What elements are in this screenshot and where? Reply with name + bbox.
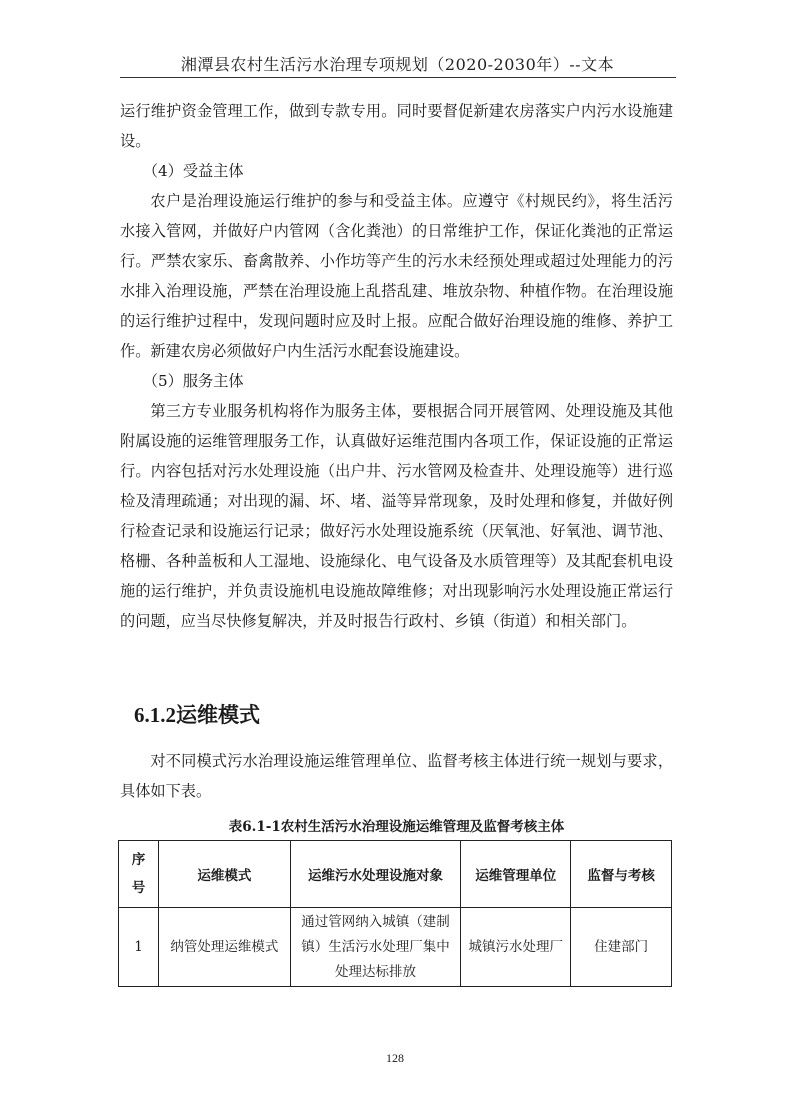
- cell-serial: 1: [119, 908, 159, 987]
- header-mode: 运维模式: [158, 841, 290, 908]
- header-supervision: 监督与考核: [571, 841, 672, 908]
- table-row: 1 纳管处理运维模式 通过管网纳入城镇（建制镇）生活污水处理厂集中处理达标排放 …: [119, 908, 672, 987]
- running-header-title: 湘潭县农村生活污水治理专项规划（2020-2030年）--文本: [120, 52, 675, 75]
- intro-paragraph: 对不同模式污水治理设施运维管理单位、监督考核主体进行统一规划与要求，具体如下表。: [120, 746, 673, 806]
- subheading-beneficiary: （4）受益主体: [120, 156, 673, 186]
- paragraph-service: 第三方专业服务机构将作为服务主体，要根据合同开展管网、处理设施及其他附属设施的运…: [120, 396, 673, 636]
- table-header-row: 序号 运维模式 运维污水处理设施对象 运维管理单位 监督与考核: [119, 841, 672, 908]
- section-heading: 6.1.2运维模式: [134, 699, 260, 729]
- header-facility-object: 运维污水处理设施对象: [290, 841, 461, 908]
- cell-mode: 纳管处理运维模式: [158, 908, 290, 987]
- intro-text-block: 对不同模式污水治理设施运维管理单位、监督考核主体进行统一规划与要求，具体如下表。: [120, 746, 673, 806]
- paragraph-continuation: 运行维护资金管理工作，做到专款专用。同时要督促新建农房落实户内污水设施建设。: [120, 96, 673, 156]
- header-management-unit: 运维管理单位: [461, 841, 571, 908]
- page-number: 128: [0, 1051, 790, 1066]
- cell-management-unit: 城镇污水处理厂: [461, 908, 571, 987]
- header-divider: [120, 77, 676, 78]
- maintenance-table: 序号 运维模式 运维污水处理设施对象 运维管理单位 监督与考核 1 纳管处理运维…: [118, 840, 672, 987]
- header-serial-number: 序号: [119, 841, 159, 908]
- table-caption: 表6.1-1农村生活污水治理设施运维管理及监督考核主体: [120, 815, 673, 835]
- body-text-block: 运行维护资金管理工作，做到专款专用。同时要督促新建农房落实户内污水设施建设。 （…: [120, 96, 673, 636]
- paragraph-beneficiary: 农户是治理设施运行维护的参与和受益主体。应遵守《村规民约》，将生活污水接入管网，…: [120, 186, 673, 366]
- subheading-service: （5）服务主体: [120, 366, 673, 396]
- cell-supervision: 住建部门: [571, 908, 672, 987]
- cell-facility-object: 通过管网纳入城镇（建制镇）生活污水处理厂集中处理达标排放: [290, 908, 461, 987]
